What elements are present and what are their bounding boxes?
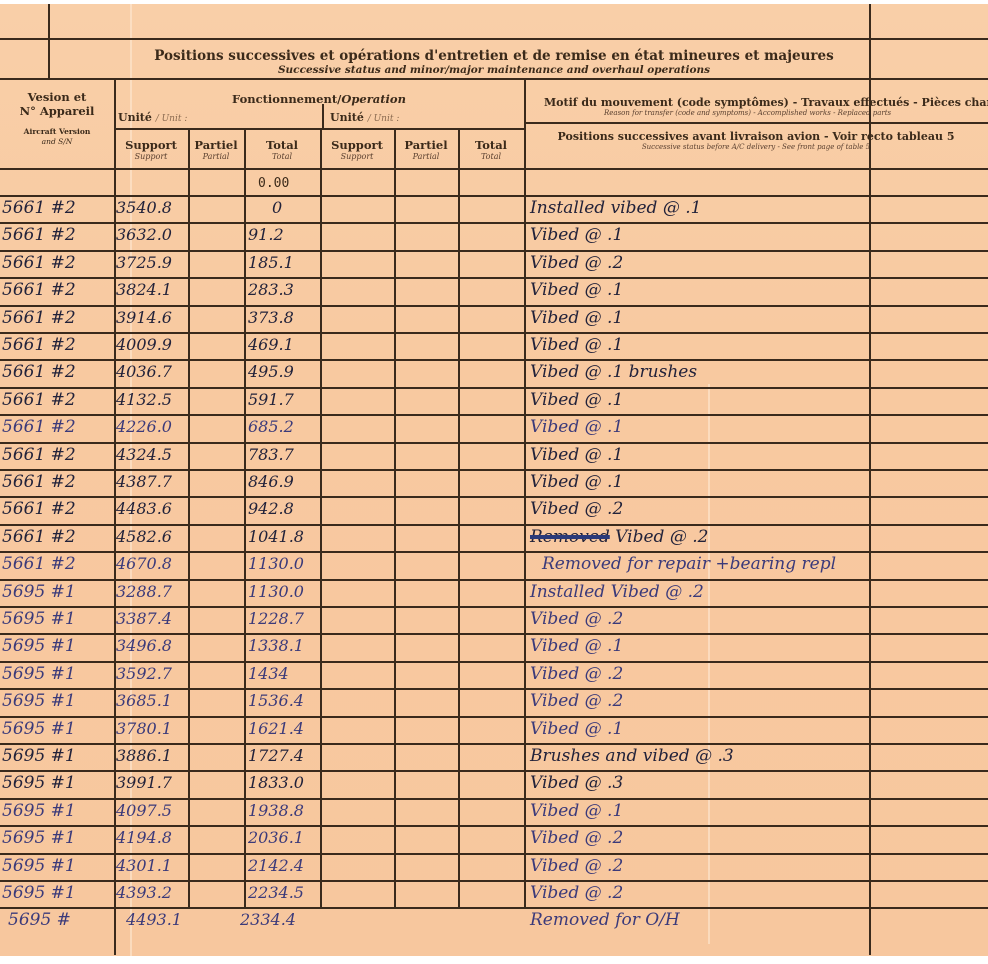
remarks: Vibed @ .1 — [530, 474, 623, 491]
page-title: Positions successives et opérations d'en… — [0, 48, 988, 64]
aircraft-sn: 5695 #1 — [2, 885, 76, 902]
total-hours: 91.2 — [248, 227, 284, 243]
aircraft-sn: 5661 #2 — [2, 364, 76, 381]
aircraft-sn: 5695 #1 — [2, 638, 76, 655]
support-hours: 3824.1 — [116, 282, 172, 298]
total-hours: 495.9 — [248, 364, 294, 380]
support-hours: 4194.8 — [116, 830, 172, 846]
grid-line-horizontal — [0, 496, 988, 498]
page-subtitle: Successive status and minor/major mainte… — [0, 64, 988, 76]
grid-line-horizontal — [524, 122, 988, 124]
support-hours: 3886.1 — [116, 748, 172, 764]
aircraft-sn: 5695 #1 — [2, 775, 76, 792]
remarks: Vibed @ .2 — [530, 885, 623, 902]
support-hours: 3991.7 — [116, 775, 172, 791]
remarks: Vibed @ .2 — [530, 501, 623, 518]
grid-line-horizontal — [0, 250, 988, 252]
total-hours: 1130.0 — [248, 584, 304, 600]
header-motif: Motif du mouvement (code symptômes) - Tr… — [524, 96, 988, 117]
aircraft-sn: 5695 #1 — [2, 693, 76, 710]
total-hours: 469.1 — [248, 337, 294, 353]
aircraft-sn: 5695 #1 — [2, 803, 76, 820]
support-hours: 4132.5 — [116, 392, 172, 408]
grid-line-horizontal — [0, 688, 988, 690]
aircraft-sn: 5661 #2 — [2, 501, 76, 518]
aircraft-sn: 5695 #1 — [2, 830, 76, 847]
grid-line-horizontal — [0, 78, 988, 80]
grid-line-vertical — [320, 128, 322, 908]
support-hours: 3780.1 — [116, 721, 172, 737]
total-hours: 1041.8 — [248, 529, 304, 545]
grid-line-horizontal — [0, 469, 988, 471]
header-partiel-1: PartielPartial — [188, 138, 244, 161]
support-hours: 4226.0 — [116, 419, 172, 435]
grid-line-horizontal — [0, 907, 988, 909]
aircraft-sn: 5695 #1 — [2, 748, 76, 765]
remarks: Installed Vibed @ .2 — [530, 584, 704, 601]
aircraft-sn: 5661 #2 — [2, 310, 76, 327]
aircraft-sn: 5661 #2 — [2, 392, 76, 409]
aircraft-sn: 5661 #2 — [2, 556, 76, 573]
remarks: Vibed @ .2 — [530, 611, 623, 628]
total-hours: 1938.8 — [248, 803, 304, 819]
grid-line-vertical — [869, 4, 871, 80]
grid-line-vertical — [524, 78, 526, 908]
support-hours: 4483.6 — [116, 501, 172, 517]
total-hours: 685.2 — [248, 419, 294, 435]
struck-text: Removed — [530, 527, 610, 547]
support-hours: 3685.1 — [116, 693, 172, 709]
support-hours: 4301.1 — [116, 858, 172, 874]
grid-line-horizontal — [0, 195, 988, 197]
remarks: Vibed @ .1 — [530, 721, 623, 738]
aircraft-sn: 5695 #1 — [2, 721, 76, 738]
aircraft-sn: 5695 #1 — [2, 584, 76, 601]
header-total-1: TotalTotal — [244, 138, 320, 161]
total-hours: 2142.4 — [248, 858, 304, 874]
initial-total: 0.00 — [258, 176, 289, 191]
support-hours: 4097.5 — [116, 803, 172, 819]
support-hours: 3725.9 — [116, 255, 172, 271]
remarks: Vibed @ .1 — [530, 419, 623, 436]
total-hours: 846.9 — [248, 474, 294, 490]
total-hours: 1130.0 — [248, 556, 304, 572]
total-hours: 1228.7 — [248, 611, 304, 627]
total-hours: 373.8 — [248, 310, 294, 326]
grid-line-horizontal — [0, 524, 988, 526]
remarks: Vibed @ .1 — [530, 282, 623, 299]
grid-line-horizontal — [0, 661, 988, 663]
header-operation: Fonctionnement/Operation — [114, 92, 524, 106]
header-support-2: SupportSupport — [320, 138, 394, 161]
logbook-page: Positions successives et opérations d'en… — [0, 4, 988, 956]
grid-line-horizontal — [0, 414, 988, 416]
grid-line-horizontal — [0, 716, 988, 718]
remarks: Vibed @ .2 — [530, 693, 623, 710]
total-hours: 1621.4 — [248, 721, 304, 737]
support-hours: 3288.7 — [116, 584, 172, 600]
support-hours: 4387.7 — [116, 474, 172, 490]
remarks: Installed vibed @ .1 — [530, 200, 701, 217]
remarks: Vibed @ .1 — [530, 392, 623, 409]
remarks: Vibed @ .3 — [530, 775, 623, 792]
grid-line-horizontal — [114, 128, 524, 130]
total-hours: 1338.1 — [248, 638, 304, 654]
aircraft-sn: 5661 #2 — [2, 447, 76, 464]
grid-line-horizontal — [0, 633, 988, 635]
aircraft-sn: 5661 #2 — [2, 200, 76, 217]
header-partiel-2: PartielPartial — [394, 138, 458, 161]
grid-line-horizontal — [0, 305, 988, 307]
total-hours: 0 — [272, 200, 282, 216]
grid-line-vertical — [869, 78, 871, 955]
grid-line-horizontal — [0, 825, 988, 827]
header-unit-1: Unité / Unit : — [118, 111, 187, 124]
grid-line-vertical — [394, 128, 396, 908]
header-total-2: TotalTotal — [458, 138, 524, 161]
total-hours: 2234.5 — [248, 885, 304, 901]
aircraft-sn: 5695 #1 — [2, 858, 76, 875]
remarks: Brushes and vibed @ .3 — [530, 748, 734, 765]
support-hours: 3914.6 — [116, 310, 172, 326]
grid-line-horizontal — [0, 168, 988, 170]
header-positions: Positions successives avant livraison av… — [524, 130, 988, 151]
grid-line-horizontal — [0, 551, 988, 553]
aircraft-sn: 5661 #2 — [2, 337, 76, 354]
support-hours: 4009.9 — [116, 337, 172, 353]
grid-line-horizontal — [0, 798, 988, 800]
aircraft-sn: 5661 #2 — [2, 474, 76, 491]
grid-line-horizontal — [0, 606, 988, 608]
grid-line-vertical — [48, 4, 50, 80]
grid-line-vertical — [458, 128, 460, 908]
total-hours: 1727.4 — [248, 748, 304, 764]
aircraft-sn: 5661 #2 — [2, 227, 76, 244]
support-hours: 3540.8 — [116, 200, 172, 216]
support-hours: 4036.7 — [116, 364, 172, 380]
aircraft-sn: 5695 #1 — [2, 611, 76, 628]
remarks: Vibed @ .1 — [530, 227, 623, 244]
remarks: Removed for O/H — [530, 912, 680, 929]
header-unit-2: Unité / Unit : — [330, 111, 399, 124]
grid-line-vertical — [188, 128, 190, 908]
total-hours: 283.3 — [248, 282, 294, 298]
remarks: Removed for repair +bearing repl — [542, 556, 836, 573]
grid-line-horizontal — [0, 880, 988, 882]
remarks: Vibed @ .1 — [530, 447, 623, 464]
aircraft-sn: 5661 #2 — [2, 529, 76, 546]
support-hours: 3496.8 — [116, 638, 172, 654]
total-hours: 783.7 — [248, 447, 294, 463]
grid-line-horizontal — [0, 277, 988, 279]
remarks: Vibed @ .2 — [530, 666, 623, 683]
support-hours: 4324.5 — [116, 447, 172, 463]
remarks: Vibed @ .1 — [530, 310, 623, 327]
remarks: Vibed @ .1 — [530, 337, 623, 354]
total-hours: 185.1 — [248, 255, 294, 271]
header-support-1: SupportSupport — [114, 138, 188, 161]
total-hours: 1536.4 — [248, 693, 304, 709]
aircraft-sn: 5661 #2 — [2, 282, 76, 299]
grid-line-vertical — [244, 128, 246, 908]
grid-line-horizontal — [0, 442, 988, 444]
grid-line-horizontal — [0, 770, 988, 772]
aircraft-sn: 5661 #2 — [2, 419, 76, 436]
total-hours: 1434 — [248, 666, 289, 682]
remarks: Vibed @ .1 — [530, 638, 623, 655]
support-hours: 4582.6 — [116, 529, 172, 545]
remarks: Vibed @ .2 — [530, 830, 623, 847]
support-hours: 3592.7 — [116, 666, 172, 682]
support-hours: 4393.2 — [116, 885, 172, 901]
remarks: Vibed @ .2 — [530, 255, 623, 272]
remarks: Vibed @ .2 — [530, 858, 623, 875]
header-version: Vesion et N° Appareil Aircraft Version a… — [0, 90, 114, 147]
aircraft-sn: 5695 #1 — [2, 666, 76, 683]
aircraft-sn: 5661 #2 — [2, 255, 76, 272]
grid-line-horizontal — [0, 38, 988, 40]
aircraft-sn: 5695 # — [8, 912, 71, 929]
grid-line-horizontal — [0, 743, 988, 745]
support-hours: 3632.0 — [116, 227, 172, 243]
grid-line-horizontal — [0, 359, 988, 361]
grid-line-horizontal — [0, 387, 988, 389]
support-hours: 4670.8 — [116, 556, 172, 572]
support-hours: 3387.4 — [116, 611, 172, 627]
grid-line-horizontal — [0, 579, 988, 581]
total-hours: 942.8 — [248, 501, 294, 517]
remarks: Vibed @ .1 brushes — [530, 364, 697, 381]
grid-line-vertical — [322, 104, 324, 128]
grid-line-horizontal — [0, 853, 988, 855]
total-hours: 2036.1 — [248, 830, 304, 846]
remarks: Vibed @ .1 — [530, 803, 623, 820]
total-hours: 2334.4 — [240, 912, 296, 928]
grid-line-horizontal — [0, 222, 988, 224]
grid-line-horizontal — [0, 332, 988, 334]
total-hours: 1833.0 — [248, 775, 304, 791]
total-hours: 591.7 — [248, 392, 294, 408]
support-hours: 4493.1 — [126, 912, 182, 928]
remarks: Removed Vibed @ .2 — [530, 529, 708, 546]
